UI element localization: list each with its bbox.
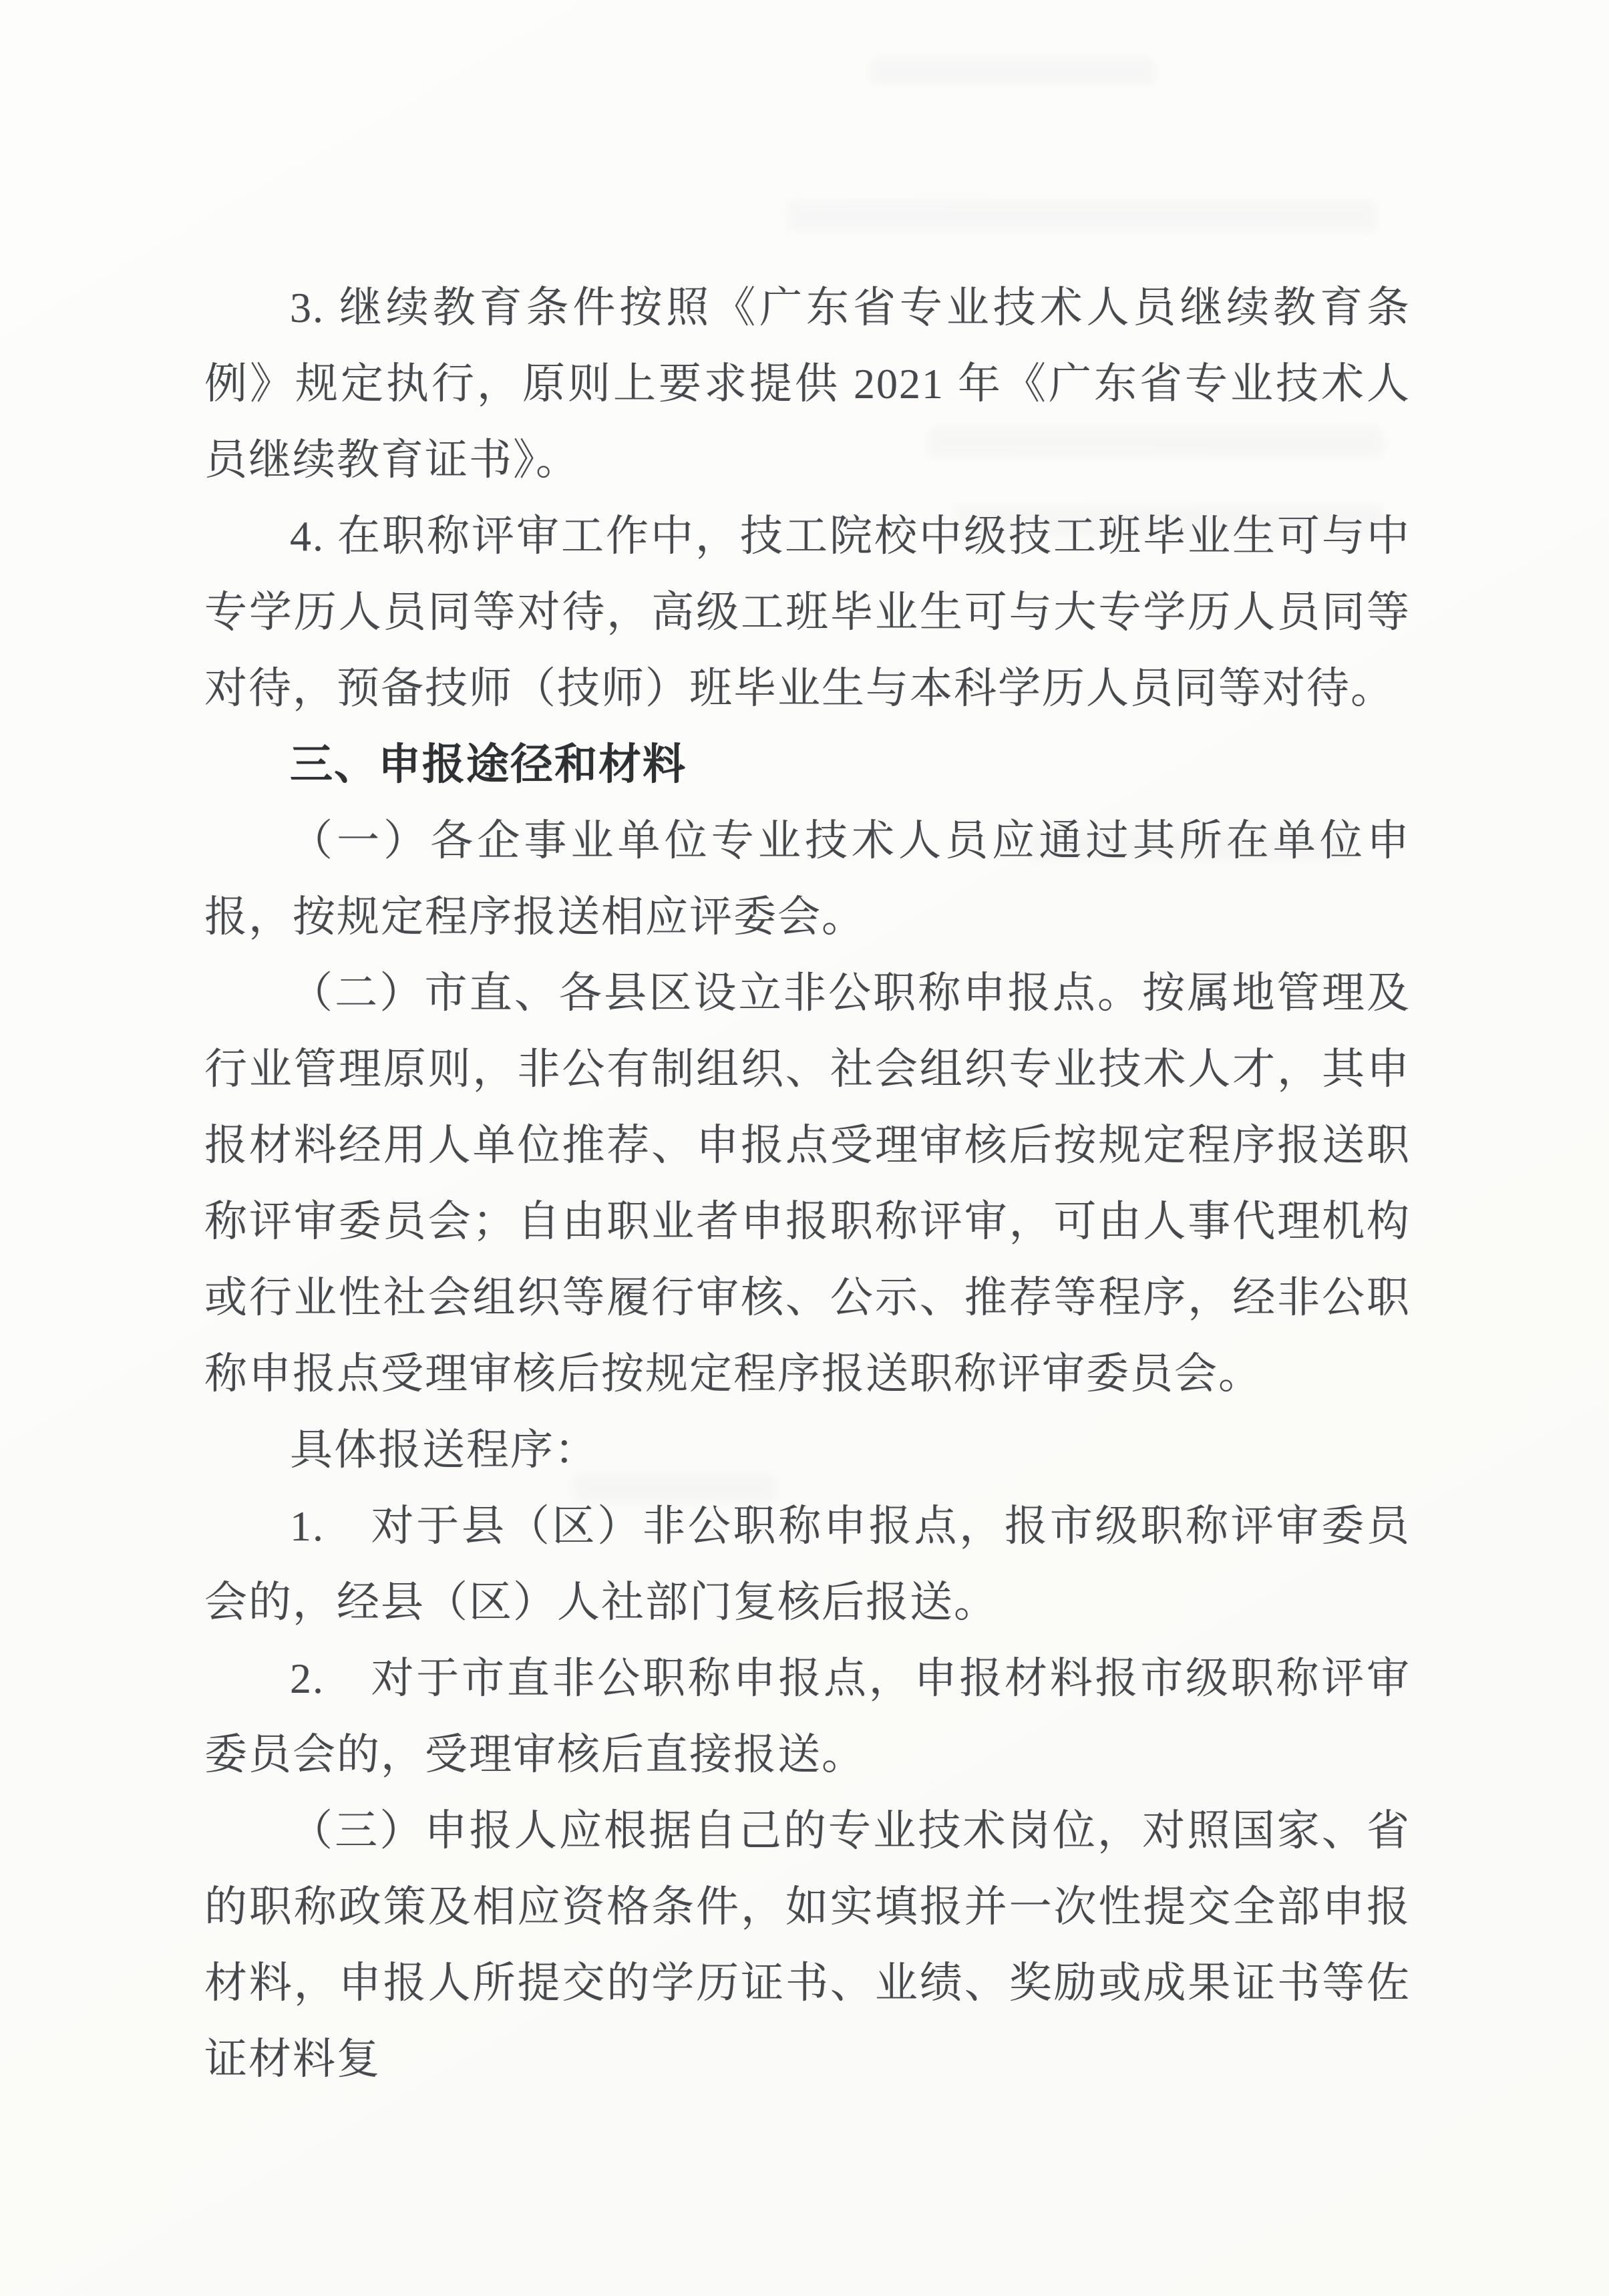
paragraph-submission-procedure-intro: 具体报送程序： [204,1412,1411,1488]
paragraph-item-3-continuing-education: 3. 继续教育条件按照《广东省专业技术人员继续教育条例》规定执行，原则上要求提供… [204,270,1411,498]
bleed-through-smudge [868,57,1155,86]
section-heading-application-channels-and-materials: 三、申报途径和材料 [204,727,1411,803]
list-item-2-city-direct-points: 2. 对于市直非公职称申报点，申报材料报市级职称评审委员会的，受理审核后直接报送… [204,1641,1411,1793]
scanned-document-page: 3. 继续教育条件按照《广东省专业技术人员继续教育条例》规定执行，原则上要求提供… [0,0,1609,2296]
document-body: 3. 继续教育条件按照《广东省专业技术人员继续教育条例》规定执行，原则上要求提供… [204,270,1411,2098]
bleed-through-smudge [788,200,1376,231]
paragraph-3-applicant-requirements: （三）申报人应根据自己的专业技术岗位，对照国家、省的职称政策及相应资格条件，如实… [204,1793,1411,2098]
paragraph-2-non-public-application-points: （二）市直、各县区设立非公职称申报点。按属地管理及行业管理原则，非公有制组织、社… [204,955,1411,1412]
list-item-1-county-district-points: 1. 对于县（区）非公职称申报点，报市级职称评审委员会的，经县（区）人社部门复核… [204,1488,1411,1641]
paragraph-1-enterprise-institution-application: （一）各企事业单位专业技术人员应通过其所在单位申报，按规定程序报送相应评委会。 [204,803,1411,955]
paragraph-item-4-technical-school-equivalence: 4. 在职称评审工作中，技工院校中级技工班毕业生可与中专学历人员同等对待，高级工… [204,498,1411,727]
